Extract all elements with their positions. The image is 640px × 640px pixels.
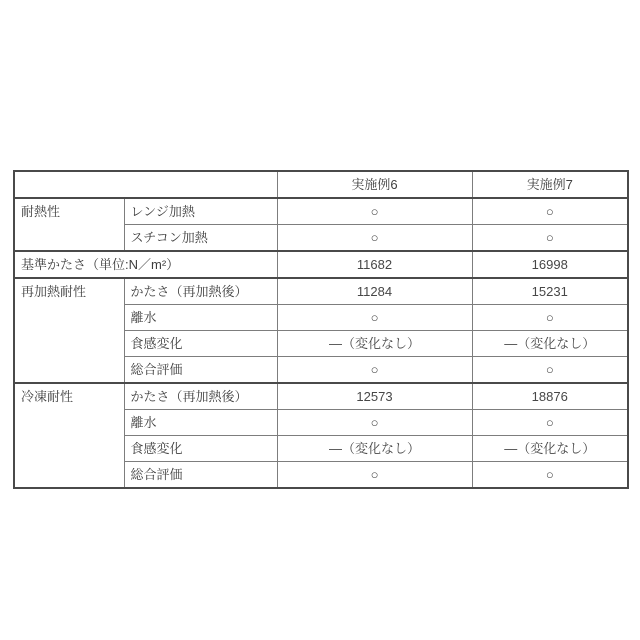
value-ex6-steam-convection-heating: ○ — [277, 225, 472, 252]
value-ex7-reheat-syneresis: ○ — [472, 305, 628, 331]
row-reheat-hardness: 再加熱耐性 かたさ（再加熱後） 11284 15231 — [14, 278, 628, 305]
value-ex7-freeze-hardness: 18876 — [472, 383, 628, 410]
item-label-steam-convection-heating: スチコン加熱 — [124, 225, 277, 252]
item-label-microwave-heating: レンジ加熱 — [124, 198, 277, 225]
value-ex7-steam-convection-heating: ○ — [472, 225, 628, 252]
item-label-reheat-hardness: かたさ（再加熱後） — [124, 278, 277, 305]
value-ex6-microwave-heating: ○ — [277, 198, 472, 225]
group-freeze-tolerance: 冷凍耐性 — [14, 383, 124, 488]
item-label-freeze-overall-rating: 総合評価 — [124, 462, 277, 489]
value-ex7-freeze-texture-change: ―（変化なし） — [472, 436, 628, 462]
item-label-reheat-syneresis: 離水 — [124, 305, 277, 331]
item-label-reheat-texture-change: 食感変化 — [124, 331, 277, 357]
evaluation-table-container: 実施例6 実施例7 耐熱性 レンジ加熱 ○ ○ スチコン加熱 ○ ○ 基準かたさ… — [13, 170, 629, 489]
group-heat-resistance: 耐熱性 — [14, 198, 124, 251]
value-ex7-reheat-overall-rating: ○ — [472, 357, 628, 384]
value-ex7-microwave-heating: ○ — [472, 198, 628, 225]
value-ex7-standard-hardness: 16998 — [472, 251, 628, 278]
item-label-freeze-hardness: かたさ（再加熱後） — [124, 383, 277, 410]
value-ex6-freeze-overall-rating: ○ — [277, 462, 472, 489]
value-ex6-freeze-hardness: 12573 — [277, 383, 472, 410]
header-col-example7: 実施例7 — [472, 171, 628, 198]
value-ex7-freeze-overall-rating: ○ — [472, 462, 628, 489]
header-col-example6: 実施例6 — [277, 171, 472, 198]
row-freeze-hardness: 冷凍耐性 かたさ（再加熱後） 12573 18876 — [14, 383, 628, 410]
item-label-reheat-overall-rating: 総合評価 — [124, 357, 277, 384]
item-label-freeze-texture-change: 食感変化 — [124, 436, 277, 462]
header-blank-cell — [14, 171, 277, 198]
evaluation-table: 実施例6 実施例7 耐熱性 レンジ加熱 ○ ○ スチコン加熱 ○ ○ 基準かたさ… — [13, 170, 629, 489]
value-ex6-standard-hardness: 11682 — [277, 251, 472, 278]
value-ex6-reheat-syneresis: ○ — [277, 305, 472, 331]
value-ex7-reheat-texture-change: ―（変化なし） — [472, 331, 628, 357]
value-ex6-reheat-overall-rating: ○ — [277, 357, 472, 384]
page-canvas: 実施例6 実施例7 耐熱性 レンジ加熱 ○ ○ スチコン加熱 ○ ○ 基準かたさ… — [0, 0, 640, 640]
value-ex6-freeze-syneresis: ○ — [277, 410, 472, 436]
value-ex6-reheat-texture-change: ―（変化なし） — [277, 331, 472, 357]
group-reheat-tolerance: 再加熱耐性 — [14, 278, 124, 383]
label-standard-hardness: 基準かたさ（単位:N／m²） — [14, 251, 277, 278]
value-ex7-reheat-hardness: 15231 — [472, 278, 628, 305]
value-ex6-freeze-texture-change: ―（変化なし） — [277, 436, 472, 462]
header-row: 実施例6 実施例7 — [14, 171, 628, 198]
item-label-freeze-syneresis: 離水 — [124, 410, 277, 436]
value-ex7-freeze-syneresis: ○ — [472, 410, 628, 436]
row-standard-hardness: 基準かたさ（単位:N／m²） 11682 16998 — [14, 251, 628, 278]
value-ex6-reheat-hardness: 11284 — [277, 278, 472, 305]
row-microwave-heating: 耐熱性 レンジ加熱 ○ ○ — [14, 198, 628, 225]
